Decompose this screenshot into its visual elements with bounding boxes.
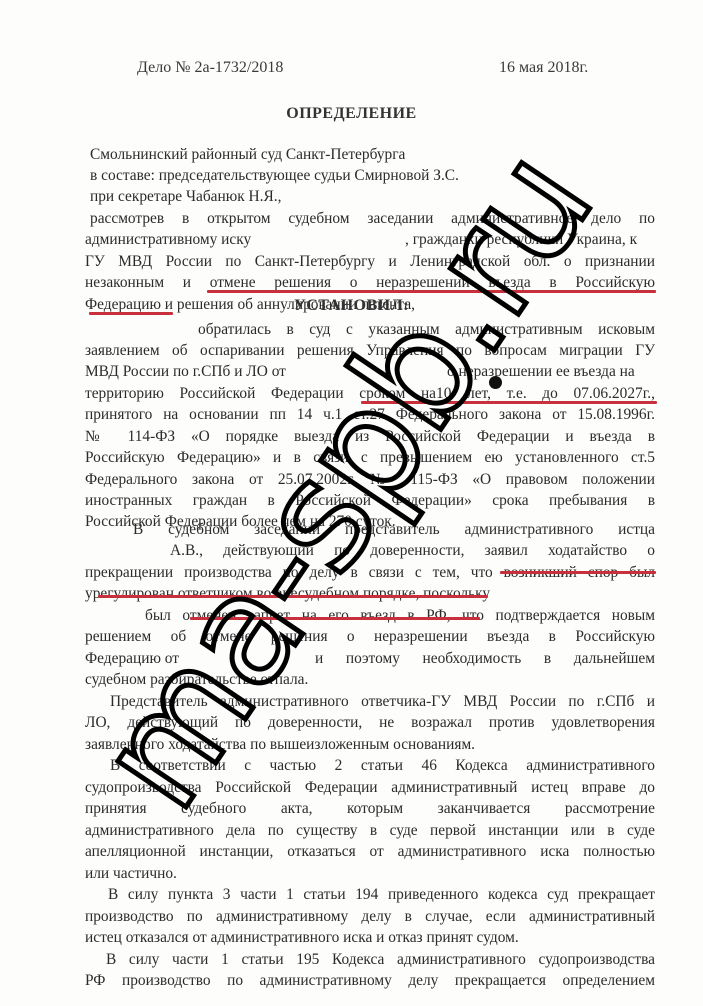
text-line: апелляционной инстанции, отказаться от а… xyxy=(85,842,655,861)
text-line: , гражданки республики Украина, к xyxy=(405,230,637,249)
text-line: В силу части 1 статьи 195 Кодекса админи… xyxy=(106,950,655,969)
text-line: В соответствии с частью 2 статьи 46 Коде… xyxy=(110,756,655,775)
highlight-underline xyxy=(89,312,173,315)
highlight-underline xyxy=(500,571,656,574)
text-line: ГУ МВД России по Санкт-Петербургу и Лени… xyxy=(85,252,655,271)
text-line: В силу пункта 3 части 1 статьи 194 приве… xyxy=(108,885,655,904)
text-line: заявленного ходатайства по вышеизложенны… xyxy=(85,735,475,754)
text-line: Федерального закона от 25.07.2002г. № 11… xyxy=(85,470,655,489)
highlight-underline xyxy=(98,595,488,598)
highlight-underline xyxy=(207,290,656,293)
text-line: и поэтому необходимость в дальнейшем xyxy=(315,649,655,668)
document-title: ОПРЕДЕЛЕНИЕ xyxy=(0,104,703,123)
text-line: рассмотрев в открытом судебном заседании… xyxy=(90,209,655,228)
text-line: в составе: председательствующее судьи См… xyxy=(90,166,459,185)
text-line: МВД России по г.СПб и ЛО от xyxy=(85,362,286,381)
text-line: иностранных граждан в Российской Федерац… xyxy=(85,491,655,510)
text-line: Смольнинский районный суд Санкт-Петербур… xyxy=(90,145,405,164)
text-line: был отменен запрет на его въезд в РФ, чт… xyxy=(145,606,655,625)
text-line: истец отказался от административного иск… xyxy=(85,928,519,947)
text-line: заявлением об оспаривании решения Управл… xyxy=(85,341,655,360)
text-line: обратилась в суд с указанным администрат… xyxy=(198,320,655,339)
text-line: урегулирован ответчиком во внесудебном п… xyxy=(85,584,490,603)
text-line: № 114-ФЗ «О порядке выезда из Российской… xyxy=(85,427,655,446)
ink-dot xyxy=(489,376,502,389)
text-line: судебном разбирательстве отпала. xyxy=(85,670,308,689)
text-line: судопроизводства Российской Федерации ад… xyxy=(85,778,655,797)
text-line: административного дела по существу в суд… xyxy=(85,821,655,840)
text-line: Представитель административного ответчик… xyxy=(110,692,655,711)
text-line: РФ производство по административному дел… xyxy=(85,971,655,990)
text-line: Федерацию от xyxy=(85,649,179,668)
case-number: Дело № 2а-1732/2018 xyxy=(137,58,283,77)
text-line: производство по административному делу в… xyxy=(85,907,655,926)
highlight-underline xyxy=(190,617,480,620)
text-line: при секретаре Чабанюк Н.Я., xyxy=(90,187,281,206)
text-line: ЛО, действующий по доверенности, не возр… xyxy=(85,713,655,732)
highlight-underline xyxy=(361,401,657,404)
document-date: 16 мая 2018г. xyxy=(499,58,588,77)
text-line: о неразрешении ее въезда на xyxy=(447,362,635,381)
text-line: административному иску xyxy=(85,230,251,249)
text-line: А.В., действующий по доверенности, заяви… xyxy=(170,541,655,560)
document-page: Дело № 2а-1732/2018 16 мая 2018г. ОПРЕДЕ… xyxy=(0,0,703,1006)
text-line: В судебном заседании представитель админ… xyxy=(133,520,655,539)
text-line: или частично. xyxy=(85,864,177,883)
text-line: решением об отмене решения о неразрешени… xyxy=(85,627,655,646)
text-line: принятия судебного акта, которым заканчи… xyxy=(85,799,655,818)
text-line: принятого на основании пп 14 ч.1 ст.27 Ф… xyxy=(85,405,655,424)
text-line: Российскую Федерацию» и в связи с превыш… xyxy=(85,448,655,467)
